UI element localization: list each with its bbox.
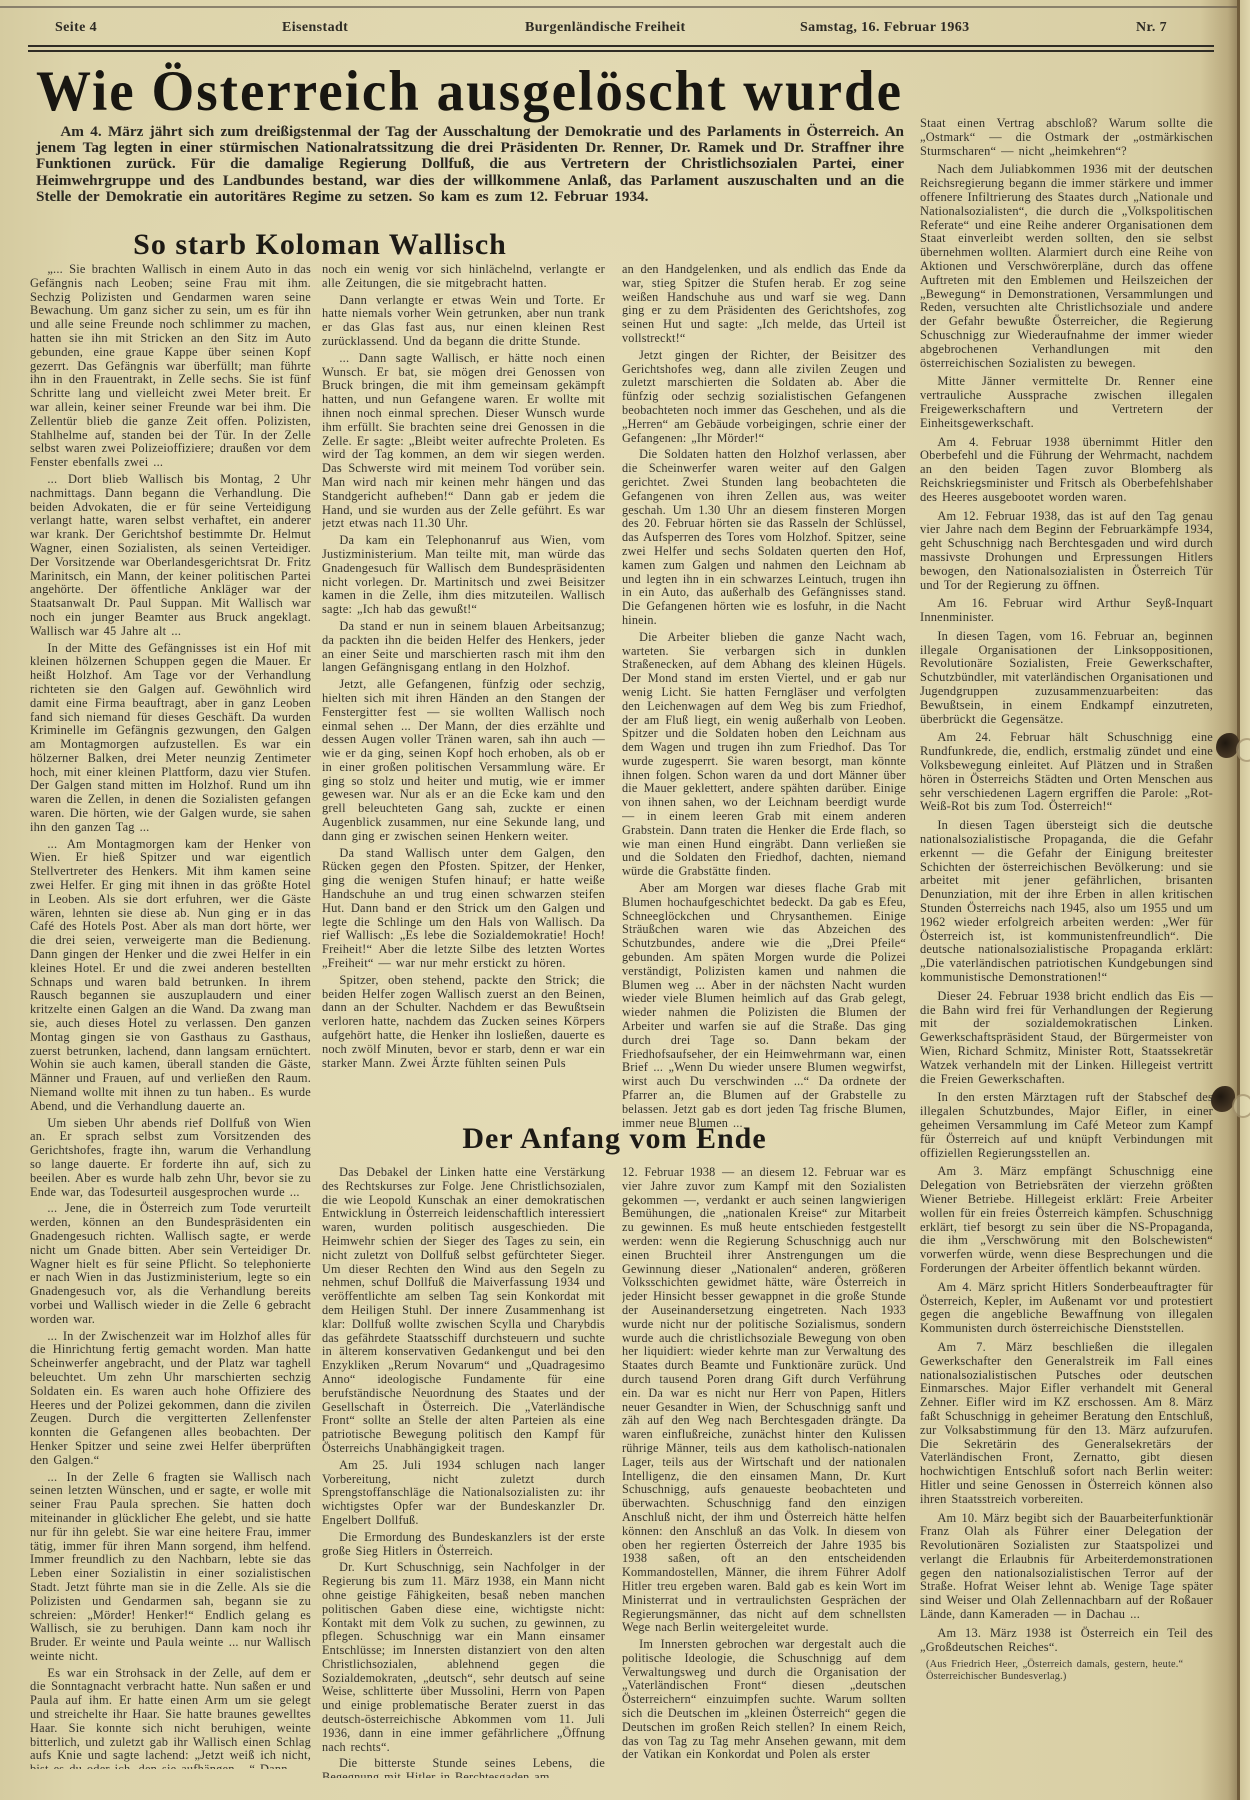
city-label: Eisenstadt xyxy=(282,20,348,36)
wallisch-column-3-text: an den Handgelenken, und als endlich das… xyxy=(622,263,906,1130)
wallisch-column-3: an den Handgelenken, und als endlich das… xyxy=(622,263,906,1135)
anfang-column-left-text: Das Debakel der Linken hatte eine Verstä… xyxy=(322,1166,605,1778)
continuation-column: Staat einen Vertrag abschloß? Warum soll… xyxy=(920,117,1213,1772)
article-wallisch-title: So starb Koloman Wallisch xyxy=(30,228,610,262)
date-label: Samstag, 16. Februar 1963 xyxy=(800,20,970,36)
lead-paragraph-text: Am 4. März jährt sich zum dreißigstenmal… xyxy=(36,124,904,205)
punch-hole-ring-bottom xyxy=(1232,1094,1250,1118)
issue-label: Nr. 7 xyxy=(1136,20,1167,36)
main-headline: Wie Österreich ausgelöscht wurde xyxy=(36,58,903,124)
anfang-column-right-text: 12. Februar 1938 — an diesem 12. Februar… xyxy=(622,1166,906,1762)
newspaper-title: Burgenländische Freiheit xyxy=(525,20,686,36)
continuation-column-text: Staat einen Vertrag abschloß? Warum soll… xyxy=(920,117,1213,1654)
article-anfang-title: Der Anfang vom Ende xyxy=(322,1122,907,1156)
wallisch-column-2: noch ein wenig vor sich hinlächelnd, ver… xyxy=(322,263,605,1121)
lead-paragraph: Am 4. März jährt sich zum dreißigstenmal… xyxy=(36,124,904,205)
wallisch-column-1: „... Sie brachten Wallisch in einem Auto… xyxy=(30,263,311,1769)
anfang-column-right: 12. Februar 1938 — an diesem 12. Februar… xyxy=(622,1166,906,1784)
continuation-source-citation: (Aus Friedrich Heer, „Österreich damals,… xyxy=(926,1659,1207,1682)
wallisch-column-2-text: noch ein wenig vor sich hinlächelnd, ver… xyxy=(322,263,605,1070)
top-edge-line xyxy=(0,6,1250,8)
anfang-column-left: Das Debakel der Linken hatte eine Verstä… xyxy=(322,1166,605,1778)
header-double-rule xyxy=(28,45,1214,52)
wallisch-column-1-text: „... Sie brachten Wallisch in einem Auto… xyxy=(30,263,311,1769)
adjacent-page-edge xyxy=(1240,0,1250,1800)
page-number-label: Seite 4 xyxy=(55,20,97,36)
